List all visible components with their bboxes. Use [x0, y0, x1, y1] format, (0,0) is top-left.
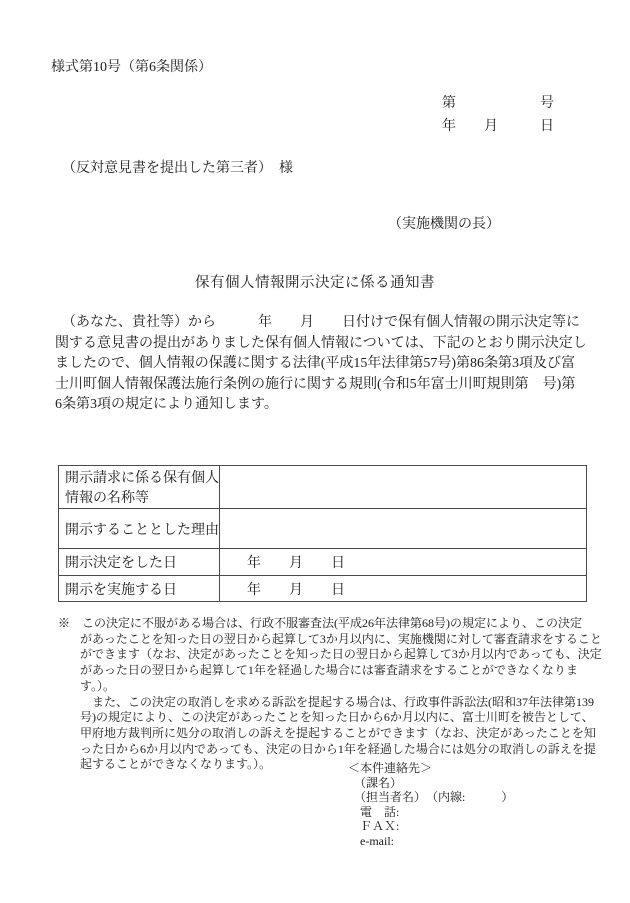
row-label: 開示することとした理由: [65, 523, 219, 538]
body-line: 関する意見書の提出がありました保有個人情報については、下記のとおり開示決定し: [55, 334, 587, 355]
note-line: った日から6か月以内であっても、決定の日から1年を経過した場合には処分の取消しの…: [80, 742, 602, 758]
contact-fax-line: ＦＡＸ:: [348, 819, 513, 834]
note-line: 甲府地方裁判所に処分の取消しの訴えを提起することができます（なお、決定があったこ…: [80, 726, 602, 742]
row-value-cell: [220, 466, 587, 509]
body-line: 6条第3項の規定により通知します。: [55, 395, 587, 416]
table-row: 開示することとした理由: [59, 509, 587, 549]
addressee-line: （反対意見書を提出した第三者） 様: [62, 157, 293, 177]
note-line: があった日の翌日から起算して1年を経過した場合には審査請求をすることができなくな…: [80, 663, 602, 679]
note-line: 号)の規定により、この決定があったことを知った日から6か月以内に、富士川町を被告…: [80, 710, 602, 726]
page-title: 保有個人情報開示決定に係る通知書: [0, 271, 630, 292]
row-label: 開示決定をした日: [65, 556, 177, 571]
reference-block: 第 号 年 月 日: [442, 92, 554, 138]
table-row: 開示決定をした日 年 月 日: [59, 549, 587, 576]
note-line: す。）。: [80, 679, 602, 695]
body-line: ましたので、個人情報の保護に関する法律(平成15年法律第57号)第86条第3項及…: [55, 354, 587, 375]
row-label-line: 情報の名称等: [65, 489, 219, 509]
row-value-cell: 年 月 日: [220, 576, 587, 602]
contact-section-name: （課名）: [348, 776, 513, 791]
appeal-note: ※ この決定に不服がある場合は、行政不服審査法(平成26年法律第68号)の規定に…: [58, 616, 602, 773]
row-label: 開示を実施する日: [65, 583, 177, 598]
reference-number-line: 第 号: [442, 92, 554, 115]
body-paragraph: （あなた、貴社等）から 年 月 日付けで保有個人情報の開示決定等に 関する意見書…: [55, 313, 587, 416]
issuer-line: （実施機関の長）: [388, 213, 500, 233]
table-row: 開示請求に係る保有個人 情報の名称等: [59, 466, 587, 509]
note-line: また、この決定の取消しを求める訴訟を提起する場合は、行政事件訴訟法(昭和37年法…: [80, 695, 602, 711]
row-value-cell: 年 月 日: [220, 549, 587, 576]
body-line: 士川町個人情報保護法施行条例の施行に関する規則(令和5年富士川町規則第 号)第: [55, 375, 587, 396]
contact-person-line: （担当者名） （内線: ）: [348, 790, 513, 805]
contact-email-line: e-mail:: [348, 834, 513, 849]
contact-phone-line: 電 話:: [348, 805, 513, 820]
row-label-cell: 開示請求に係る保有個人 情報の名称等: [59, 466, 220, 509]
form-number: 様式第10号（第6条関係）: [51, 56, 212, 76]
document-page: 様式第10号（第6条関係） 第 号 年 月 日 （反対意見書を提出した第三者） …: [0, 0, 630, 903]
note-line: ※ この決定に不服がある場合は、行政不服審査法(平成26年法律第68号)の規定に…: [58, 616, 602, 632]
row-label-cell: 開示することとした理由: [59, 509, 220, 549]
note-line: 起することができなくなります。）。: [80, 757, 602, 773]
decision-table: 開示請求に係る保有個人 情報の名称等 開示することとした理由 開示決定をした日 …: [58, 465, 587, 602]
contact-block: ＜本件連絡先＞ （課名） （担当者名） （内線: ） 電 話: ＦＡＸ: e-m…: [348, 761, 513, 849]
row-label-line: 開示請求に係る保有個人: [65, 469, 219, 489]
note-line: ができます（なお、決定があったことを知った日の翌日から起算して3か月以内であって…: [80, 647, 602, 663]
row-label-cell: 開示決定をした日: [59, 549, 220, 576]
reference-date-line: 年 月 日: [442, 115, 554, 138]
row-value-cell: [220, 509, 587, 549]
row-label: 開示請求に係る保有個人 情報の名称等: [65, 466, 219, 508]
contact-heading: ＜本件連絡先＞: [348, 761, 513, 776]
body-line: （あなた、貴社等）から 年 月 日付けで保有個人情報の開示決定等に: [55, 313, 587, 334]
table-row: 開示を実施する日 年 月 日: [59, 576, 587, 602]
note-line: があったことを知った日の翌日から起算して3か月以内に、実施機関に対して審査請求を…: [80, 632, 602, 648]
row-label-cell: 開示を実施する日: [59, 576, 220, 602]
